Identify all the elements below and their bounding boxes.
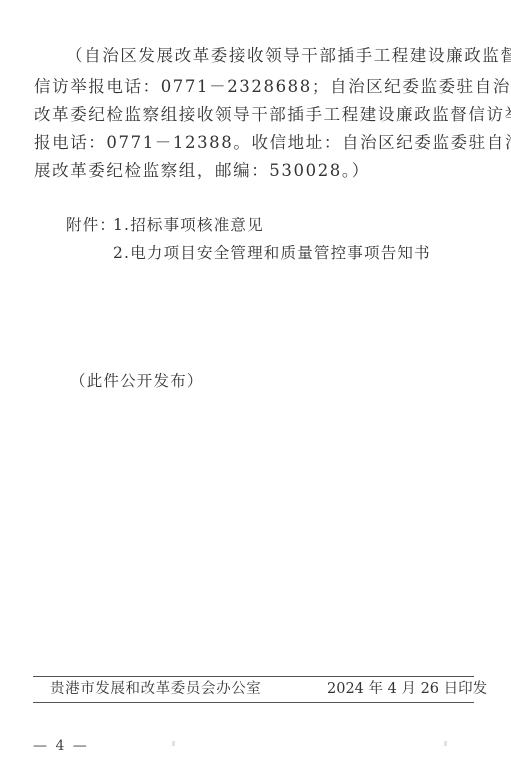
scan-artifact [444,741,447,746]
attachment-item: 1.招标事项核准意见 [113,215,264,235]
paragraph-line: 信访举报电话：0771－2328688；自治区纪委监委驻自治区发展 [34,77,474,97]
footer-bottom-rule [33,702,474,703]
issuer-name: 贵港市发展和改革委员会办公室 [50,680,261,698]
attachment-item: 2.电力项目安全管理和质量管控事项告知书 [113,243,431,263]
issue-date: 2024 年 4 月 26 日印发 [327,680,487,698]
paragraph-line: 展改革委纪检监察组，邮编：530028。） [34,161,474,181]
paragraph-line: （自治区发展改革委接收领导干部插手工程建设廉政监督 [66,46,506,66]
attachments-label: 附件： [66,215,116,235]
paragraph-line: 报电话：0771－12388。收信地址：自治区纪委监委驻自治区发 [34,133,474,153]
paragraph-line: 改革委纪检监察组接收领导干部插手工程建设廉政监督信访举 [34,105,474,125]
scan-artifact [172,741,175,746]
page-number: — 4 — [33,738,89,754]
publication-note: （此件公开发布） [70,371,204,391]
footer-top-rule [33,676,474,677]
